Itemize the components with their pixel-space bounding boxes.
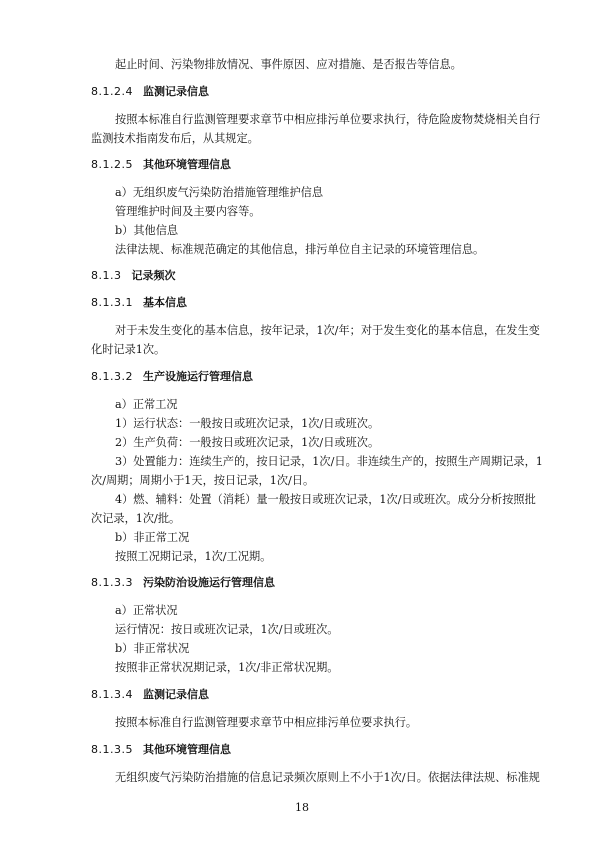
list-item: 4）燃、辅料：处置（消耗）量一般按日或班次记录，1次/日或班次。成分分析按照批: [115, 493, 513, 507]
section-title: 基本信息: [143, 296, 187, 309]
list-item: b）非正常工况: [115, 531, 189, 545]
section-title: 监测记录信息: [143, 688, 209, 701]
body-line: 按照本标准自行监测管理要求章节中相应排污单位要求执行。: [115, 716, 417, 730]
body-line: 无组织废气污染防治措施的信息记录频次原则上不小于1次/日。依据法律法规、标准规: [115, 771, 513, 785]
list-item: b）其他信息: [115, 224, 178, 238]
section-title: 监测记录信息: [143, 85, 209, 98]
section-number: 8.1.3.2: [91, 370, 133, 383]
body-line: 次记录，1次/批。: [91, 512, 180, 526]
section-title: 污染防治设施运行管理信息: [143, 576, 275, 589]
list-item: 2）生产负荷：一般按日或班次记录，1次/日或班次。: [115, 436, 379, 450]
section-heading: 8.1.3.4监测记录信息: [91, 688, 209, 702]
body-line: 起止时间、污染物排放情况、事件原因、应对措施、是否报告等信息。: [115, 58, 462, 72]
list-item: 1）运行状态：一般按日或班次记录，1次/日或班次。: [115, 417, 379, 431]
body-line: 法律法规、标准规范确定的其他信息，排污单位自主记录的环境管理信息。: [115, 243, 484, 257]
section-title: 其他环境管理信息: [143, 158, 231, 171]
section-heading: 8.1.3.1基本信息: [91, 296, 187, 310]
section-number: 8.1.3.5: [91, 743, 133, 756]
list-item: a）正常状况: [115, 604, 178, 618]
section-number: 8.1.2.4: [91, 85, 133, 98]
section-title: 其他环境管理信息: [143, 743, 231, 756]
section-heading: 8.1.3.2生产设施运行管理信息: [91, 370, 253, 384]
section-heading: 8.1.2.5其他环境管理信息: [91, 158, 231, 172]
section-number: 8.1.3: [91, 269, 122, 282]
body-line: 次/周期；周期小于1天，按日记录，1次/日。: [91, 474, 314, 488]
section-heading: 8.1.2.4监测记录信息: [91, 85, 209, 99]
list-item: a）正常工况: [115, 398, 178, 412]
body-line: 对于未发生变化的基本信息，按年记录，1次/年；对于发生变化的基本信息，在发生变: [115, 324, 513, 338]
section-number: 8.1.2.5: [91, 158, 133, 171]
section-number: 8.1.3.4: [91, 688, 133, 701]
body-line: 化时记录1次。: [91, 343, 165, 357]
list-item: b）非正常状况: [115, 642, 189, 656]
list-item: a）无组织废气污染防治措施管理维护信息: [115, 186, 323, 200]
body-line: 按照本标准自行监测管理要求章节中相应排污单位要求执行，待危险废物焚烧相关自行: [115, 113, 513, 127]
body-line: 监测技术指南发布后，从其规定。: [91, 132, 259, 146]
section-heading: 8.1.3.5其他环境管理信息: [91, 743, 231, 757]
body-line: 按照工况期记录，1次/工况期。: [115, 550, 271, 564]
body-line: 按照非正常状况期记录，1次/非正常状况期。: [115, 661, 338, 675]
body-line: 管理维护时间及主要内容等。: [115, 205, 260, 219]
section-title: 生产设施运行管理信息: [143, 370, 253, 383]
section-title: 记录频次: [132, 269, 176, 282]
list-item: 3）处置能力：连续生产的，按日记录，1次/日。非连续生产的，按照生产周期记录，1: [115, 455, 513, 469]
section-heading: 8.1.3记录频次: [91, 269, 176, 283]
section-number: 8.1.3.3: [91, 576, 133, 589]
body-line: 运行情况：按日或班次记录，1次/日或班次。: [115, 623, 338, 637]
page-number: 18: [0, 801, 604, 814]
section-heading: 8.1.3.3污染防治设施运行管理信息: [91, 576, 275, 590]
section-number: 8.1.3.1: [91, 296, 133, 309]
